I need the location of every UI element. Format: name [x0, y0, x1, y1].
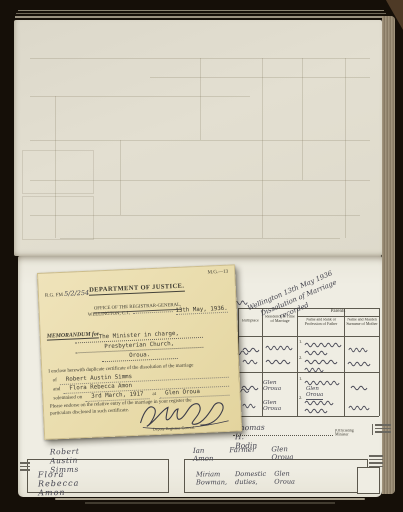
memo-document: M.G.—13 DEPARTMENT OF JUSTICE. R.G. FM 5… [37, 264, 242, 439]
handwriting-squiggle [242, 402, 256, 409]
witness1-signature: Ian Amon Farmer Glen Oroua [193, 445, 294, 463]
bride-signature: Flora Rebecca Amon [38, 470, 80, 498]
signature-flourish [136, 397, 233, 431]
residence-entry: Glen Oroua [263, 380, 281, 392]
faint-box [22, 196, 94, 240]
faint-line [200, 58, 201, 140]
solemnised-label: solemnised on [53, 395, 82, 401]
handwriting-squiggle [347, 360, 371, 367]
column-header-mother: Name and Maiden Surname of Mother [346, 318, 378, 330]
micro-print-stamp [369, 455, 383, 469]
faint-line [120, 140, 121, 215]
faint-box [22, 150, 94, 194]
table-line [238, 416, 379, 417]
handwriting-squiggle [350, 384, 368, 391]
register-book-photo: Wellington 13th May 1936 Dissolution of … [0, 0, 403, 512]
witness1-occupation: Farmer [229, 446, 255, 462]
faint-line [60, 238, 340, 239]
residence-entry: Glen Oroua [263, 400, 281, 412]
register-verso-page [14, 20, 382, 256]
witness2-signature: Miriam Bowman, Domestic duties, Glen Oro… [196, 470, 295, 487]
handwriting-squiggle [304, 349, 328, 356]
city-label: WELLINGTON, C.1, [88, 311, 130, 318]
at-label: at [152, 392, 156, 397]
handwriting-squiggle [242, 346, 260, 353]
handwriting-squiggle [304, 358, 338, 365]
page-edge-line [15, 16, 389, 18]
residence-entry: Glen Oroua [306, 386, 323, 400]
table-line [297, 316, 379, 317]
column-header-father: Name and Rank or Profession of Father [299, 318, 343, 330]
page-edge-line [16, 13, 386, 14]
witness1-place: Glen Oroua [271, 445, 293, 461]
registrar-signature [136, 397, 233, 431]
faint-line [262, 58, 263, 238]
and-label: and [53, 387, 60, 392]
handwriting-squiggle [242, 358, 258, 365]
entry-number: 2. [299, 355, 302, 360]
faint-line [150, 77, 370, 78]
handwriting-squiggle [304, 366, 324, 373]
faint-line [345, 58, 346, 238]
table-line [379, 308, 380, 416]
addressee-line: Oroua. [101, 351, 178, 362]
handwriting-squiggle [241, 384, 259, 391]
entry-number: 2. [299, 395, 302, 400]
page-edge-line [18, 10, 384, 11]
addressee-block: The Minister in charge, Presbyterian Chu… [75, 330, 204, 363]
handwriting-squiggle [348, 346, 368, 353]
handwriting-squiggle [304, 341, 342, 348]
handwriting-squiggle [265, 344, 293, 351]
faint-line [30, 140, 370, 141]
dotted-leader [133, 305, 173, 314]
registrar-stamp [372, 424, 391, 435]
signature-title: Deputy Registrar-General. [153, 426, 206, 433]
entry-number: 1. [299, 339, 302, 344]
table-line [238, 336, 379, 337]
book-top-page-edges [15, 9, 389, 20]
handwriting-squiggle [304, 379, 340, 386]
book-fore-edge [382, 16, 395, 494]
of-label: of [53, 378, 57, 383]
handwriting-squiggle [348, 404, 370, 411]
witness2-place: Glen Oroua [274, 470, 295, 486]
faint-line [302, 58, 303, 180]
officiating-minister-label: (Officiating Minister [335, 429, 359, 439]
memo-date: 13th May, 1936. [175, 306, 228, 315]
table-line [297, 308, 298, 416]
faint-line [30, 96, 250, 97]
official-use-box [357, 467, 380, 494]
handwriting-squiggle [304, 407, 328, 414]
witness2-name: Miriam Bowman, [196, 470, 227, 486]
entry-number: 1. [299, 376, 302, 381]
bottom-page-edge [55, 498, 365, 500]
handwriting-squiggle [304, 399, 334, 406]
form-code-stamp [20, 462, 30, 473]
table-line [344, 308, 345, 416]
witness1-name: Ian Amon [193, 447, 214, 463]
bottom-cover-edge [85, 502, 335, 504]
witness2-occupation: Domestic duties, [235, 470, 266, 486]
handwriting-squiggle [265, 358, 291, 365]
